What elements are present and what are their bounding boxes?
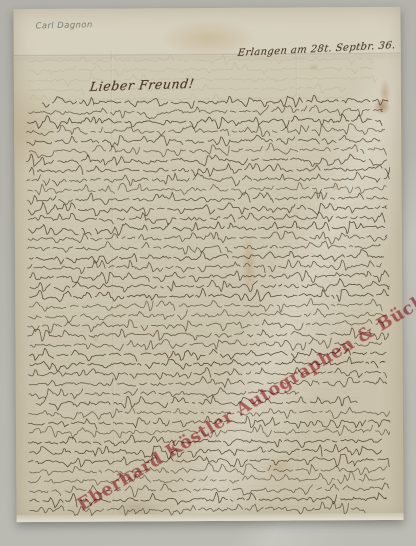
handwriting-body: [13, 7, 403, 522]
letter-page: Carl Dagnon Erlangen am 28t. Septbr. 36.…: [13, 7, 403, 522]
photo-of-letter: Carl Dagnon Erlangen am 28t. Septbr. 36.…: [0, 0, 416, 546]
